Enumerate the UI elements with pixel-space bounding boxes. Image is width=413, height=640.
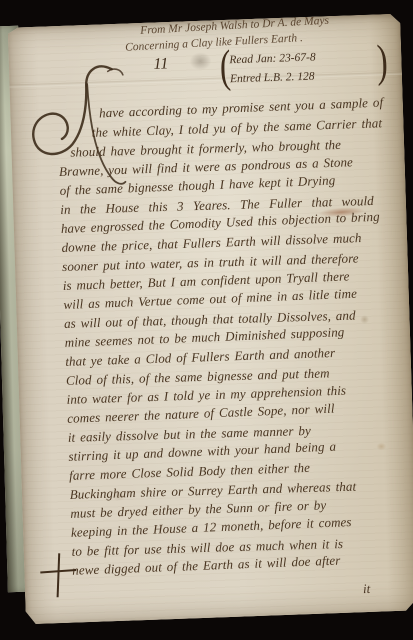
register-note: ( Read Jan: 23-67-8 Entred L.B. 2. 128 ) [229,46,386,95]
parenthesis-open: ( [219,44,231,88]
letter-body: have according to my promise sent you a … [57,94,413,580]
ink-blot-stain [189,52,212,71]
manuscript-page: From Mr Joseph Walsh to Dr A. de Mays Co… [6,14,413,625]
manuscript-photo: From Mr Joseph Walsh to Dr A. de Mays Co… [0,0,413,640]
register-entered-line: Entred L.B. 2. 128 [230,65,387,89]
parenthesis-close: ) [376,39,388,83]
folio-number: 11 [153,55,168,73]
margin-cross-mark [40,553,77,598]
cross-vertical-stroke [57,553,60,597]
catchword: it [363,581,371,597]
